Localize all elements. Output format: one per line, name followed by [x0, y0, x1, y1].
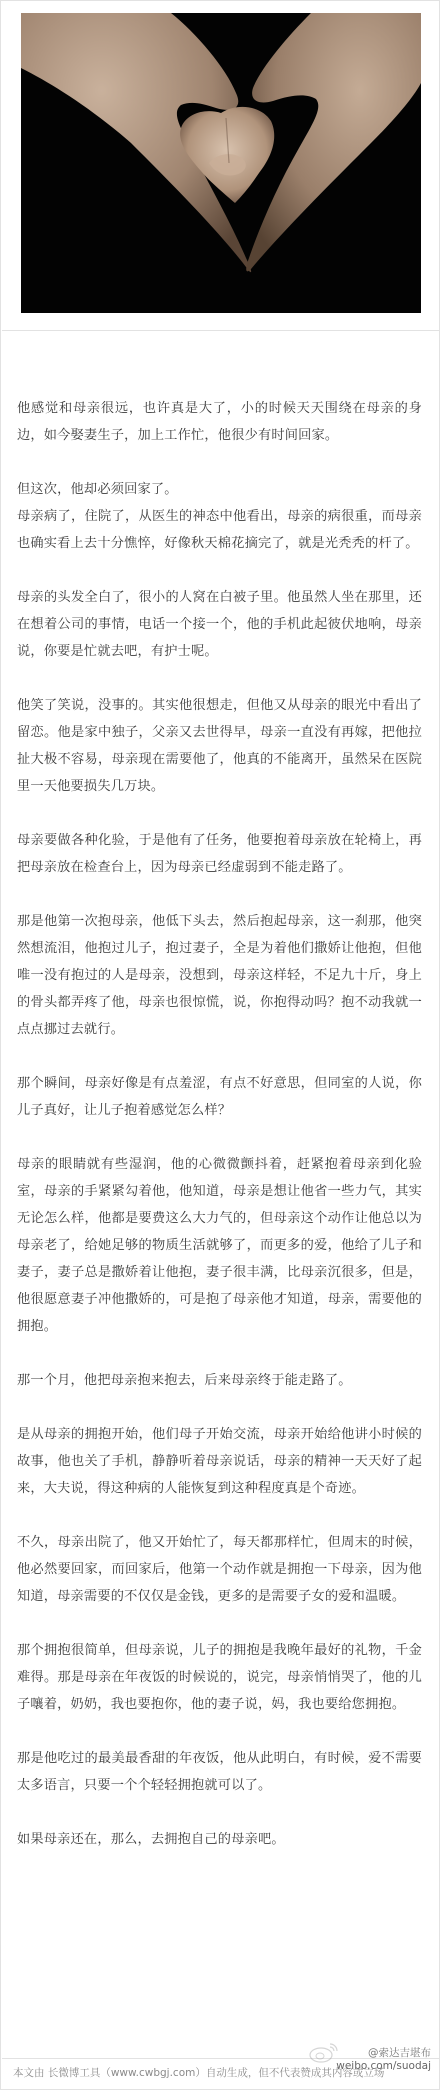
- paragraph: 但这次，他却必须回家了。: [17, 476, 422, 503]
- paragraph: 母亲要做各种化验，于是他有了任务，他要抱着母亲放在轮椅上，再把母亲放在检查台上，…: [17, 827, 422, 881]
- article-body: 他感觉和母亲很远，也许真是大了，小的时候天天围绕在母亲的身边，如今娶妻生子，加上…: [17, 395, 422, 1880]
- hands-heart-illustration: [21, 13, 421, 313]
- paragraph: 是从母亲的拥抱开始，他们母子开始交流，母亲开始给他讲小时候的故事，他也关了手机，…: [17, 1421, 422, 1502]
- paragraph: 那一个月，他把母亲抱来抱去，后来母亲终于能走路了。: [17, 1367, 422, 1394]
- hero-image: [21, 13, 421, 313]
- generator-note: 本文由 长微博工具（www.cwbgj.com）自动生成，但不代表赞成其内容或立…: [13, 2065, 384, 2080]
- paragraph: 母亲病了，住院了，从医生的神态中他看出，母亲的病很重，而母亲也确实看上去十分憔悴…: [17, 503, 422, 557]
- paragraph: 如果母亲还在，那么，去拥抱自己的母亲吧。: [17, 1826, 422, 1853]
- watermark-handle: @索达吉堪布: [336, 2047, 431, 2060]
- paragraph: 母亲的眼睛就有些湿润，他的心微微颤抖着，赶紧抱着母亲到化验室，母亲的手紧紧勾着他…: [17, 1151, 422, 1340]
- long-weibo-page: 他感觉和母亲很远，也许真是大了，小的时候天天围绕在母亲的身边，如今娶妻生子，加上…: [0, 0, 440, 2090]
- paragraph: 那是他第一次抱母亲，他低下头去，然后抱起母亲，这一刹那，他突然想流泪，他抱过儿子…: [17, 908, 422, 1043]
- paragraph: 不久，母亲出院了，他又开始忙了，每天都那样忙，但周末的时候，他必然要回家，而回家…: [17, 1529, 422, 1610]
- paragraph: 那个瞬间，母亲好像是有点羞涩，有点不好意思，但同室的人说，你儿子真好，让儿子抱着…: [17, 1070, 422, 1124]
- divider: [2, 330, 440, 331]
- paragraph: 那是他吃过的最美最香甜的年夜饭，他从此明白，有时候，爱不需要太多语言，只要一个个…: [17, 1745, 422, 1799]
- paragraph: 那个拥抱很简单，但母亲说，儿子的拥抱是我晚年最好的礼物，千金难得。那是母亲在年夜…: [17, 1637, 422, 1718]
- paragraph: 他笑了笑说，没事的。其实他很想走，但他又从母亲的眼光中看出了留恋。他是家中独子，…: [17, 692, 422, 800]
- paragraph: 他感觉和母亲很远，也许真是大了，小的时候天天围绕在母亲的身边，如今娶妻生子，加上…: [17, 395, 422, 449]
- paragraph: 母亲的头发全白了，很小的人窝在白被子里。他虽然人坐在那里，还在想着公司的事情，电…: [17, 584, 422, 665]
- weibo-logo-icon: [309, 2041, 339, 2063]
- watermark-url: weibo.com/suodaj: [336, 2060, 431, 2073]
- weibo-watermark: @索达吉堪布 weibo.com/suodaj: [336, 2047, 431, 2073]
